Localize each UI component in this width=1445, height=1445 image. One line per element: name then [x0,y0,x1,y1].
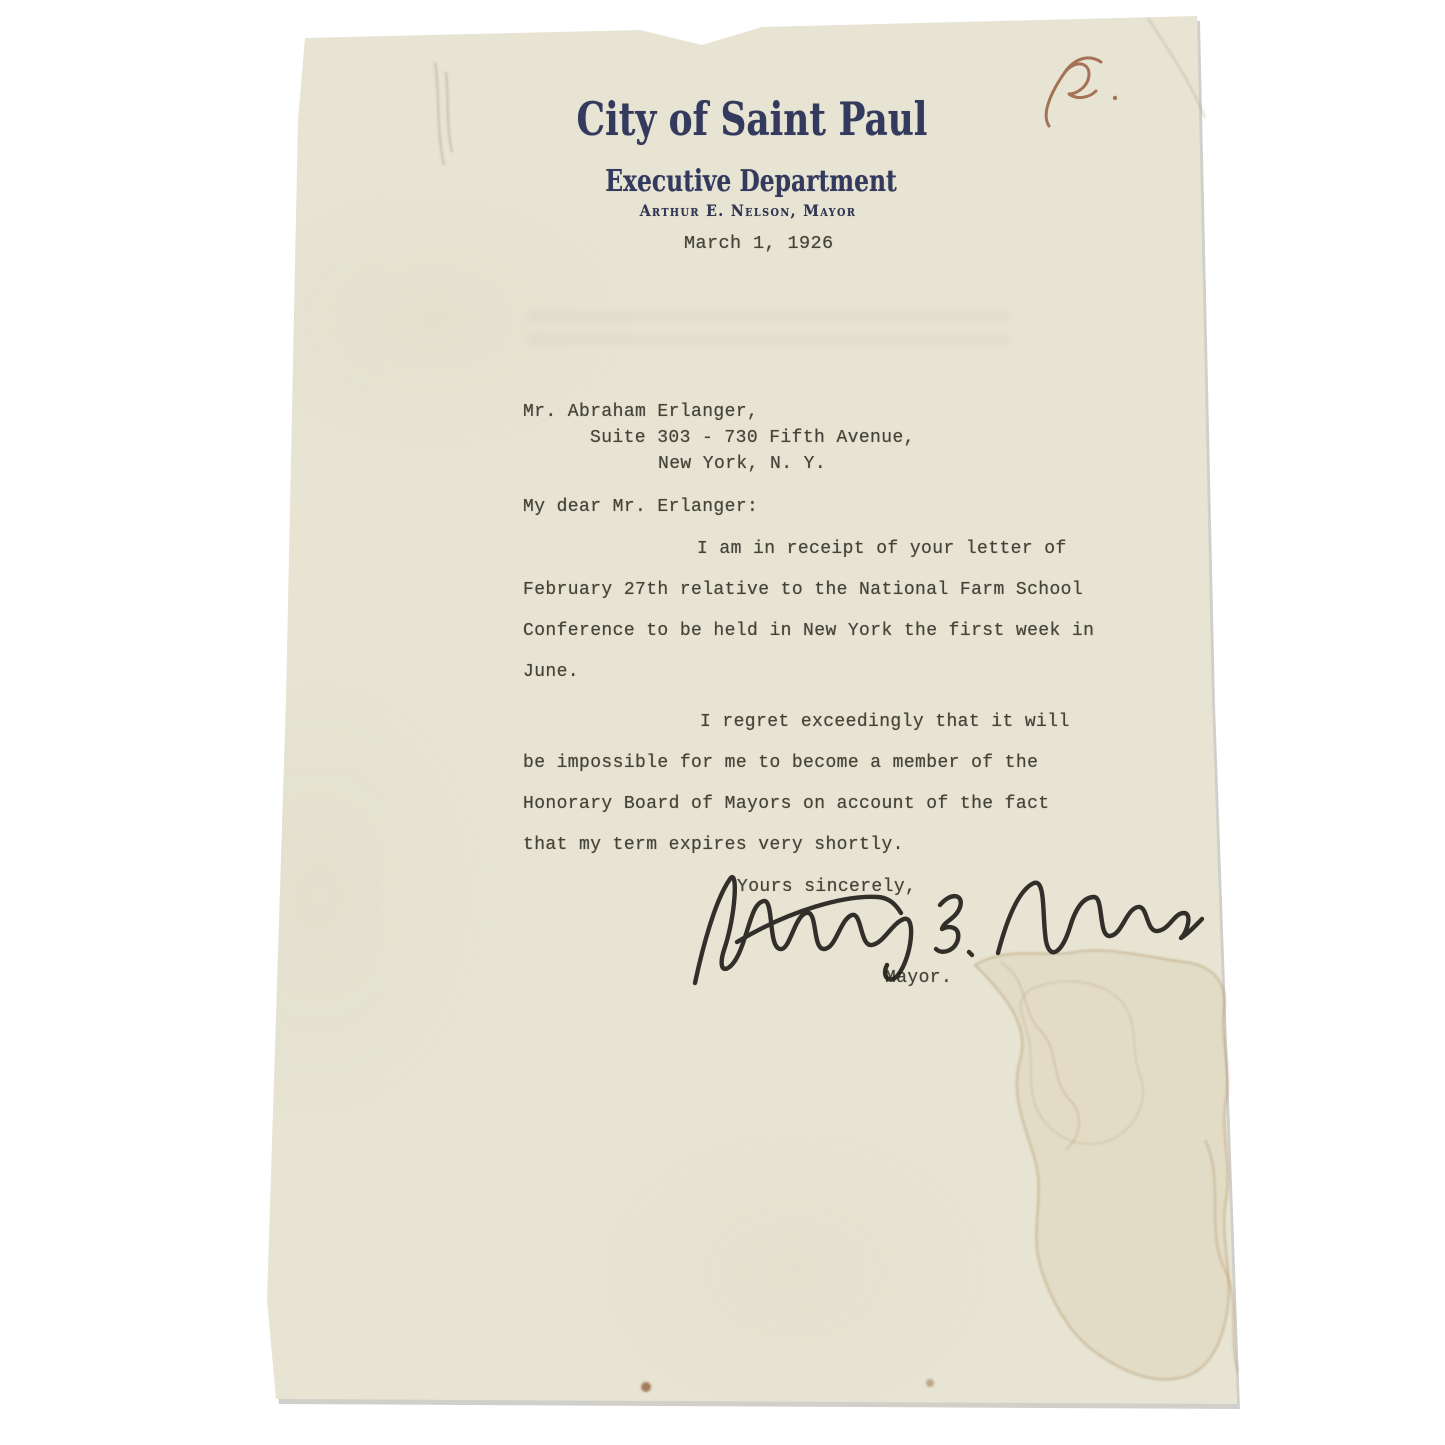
recipient-city: New York, N. Y. [658,454,826,474]
body-line: that my term expires very shortly. [523,835,904,855]
foxing-spot [926,1379,934,1387]
body-line: I am in receipt of your letter of [697,539,1067,559]
body-line: be impossible for me to become a member … [523,753,1038,773]
body-line: February 27th relative to the National F… [523,580,1083,600]
letterhead-mayor-line: Arthur E. Nelson, Mayor [625,201,871,220]
foxing-spot [641,1382,651,1392]
ghost-text-impression [528,312,1010,352]
recipient-address: Suite 303 - 730 Fifth Avenue, [590,428,915,448]
letterhead-department-text: Executive Department [605,164,897,199]
corner-crease [1148,18,1205,118]
letterhead-city: City of Saint Paul [527,92,977,146]
handwritten-annotation [1015,48,1145,143]
photo-stage: City of Saint Paul Executive Department … [0,0,1445,1445]
body-line: I regret exceedingly that it will [700,712,1070,732]
date-line: March 1, 1926 [684,233,834,254]
body-line: June. [523,662,579,682]
signature-arthur-e-nelson [640,855,1220,995]
letterhead-mayor-text: Arthur E. Nelson, Mayor [640,201,857,220]
body-line: Conference to be held in New York the fi… [523,621,1094,641]
body-line: Honorary Board of Mayors on account of t… [523,794,1049,814]
letterhead-city-text: City of Saint Paul [577,92,928,146]
letterhead-department: Executive Department [564,164,938,199]
salutation: My dear Mr. Erlanger: [523,497,758,517]
recipient-name: Mr. Abraham Erlanger, [523,402,758,422]
pencil-scratch [435,62,452,165]
